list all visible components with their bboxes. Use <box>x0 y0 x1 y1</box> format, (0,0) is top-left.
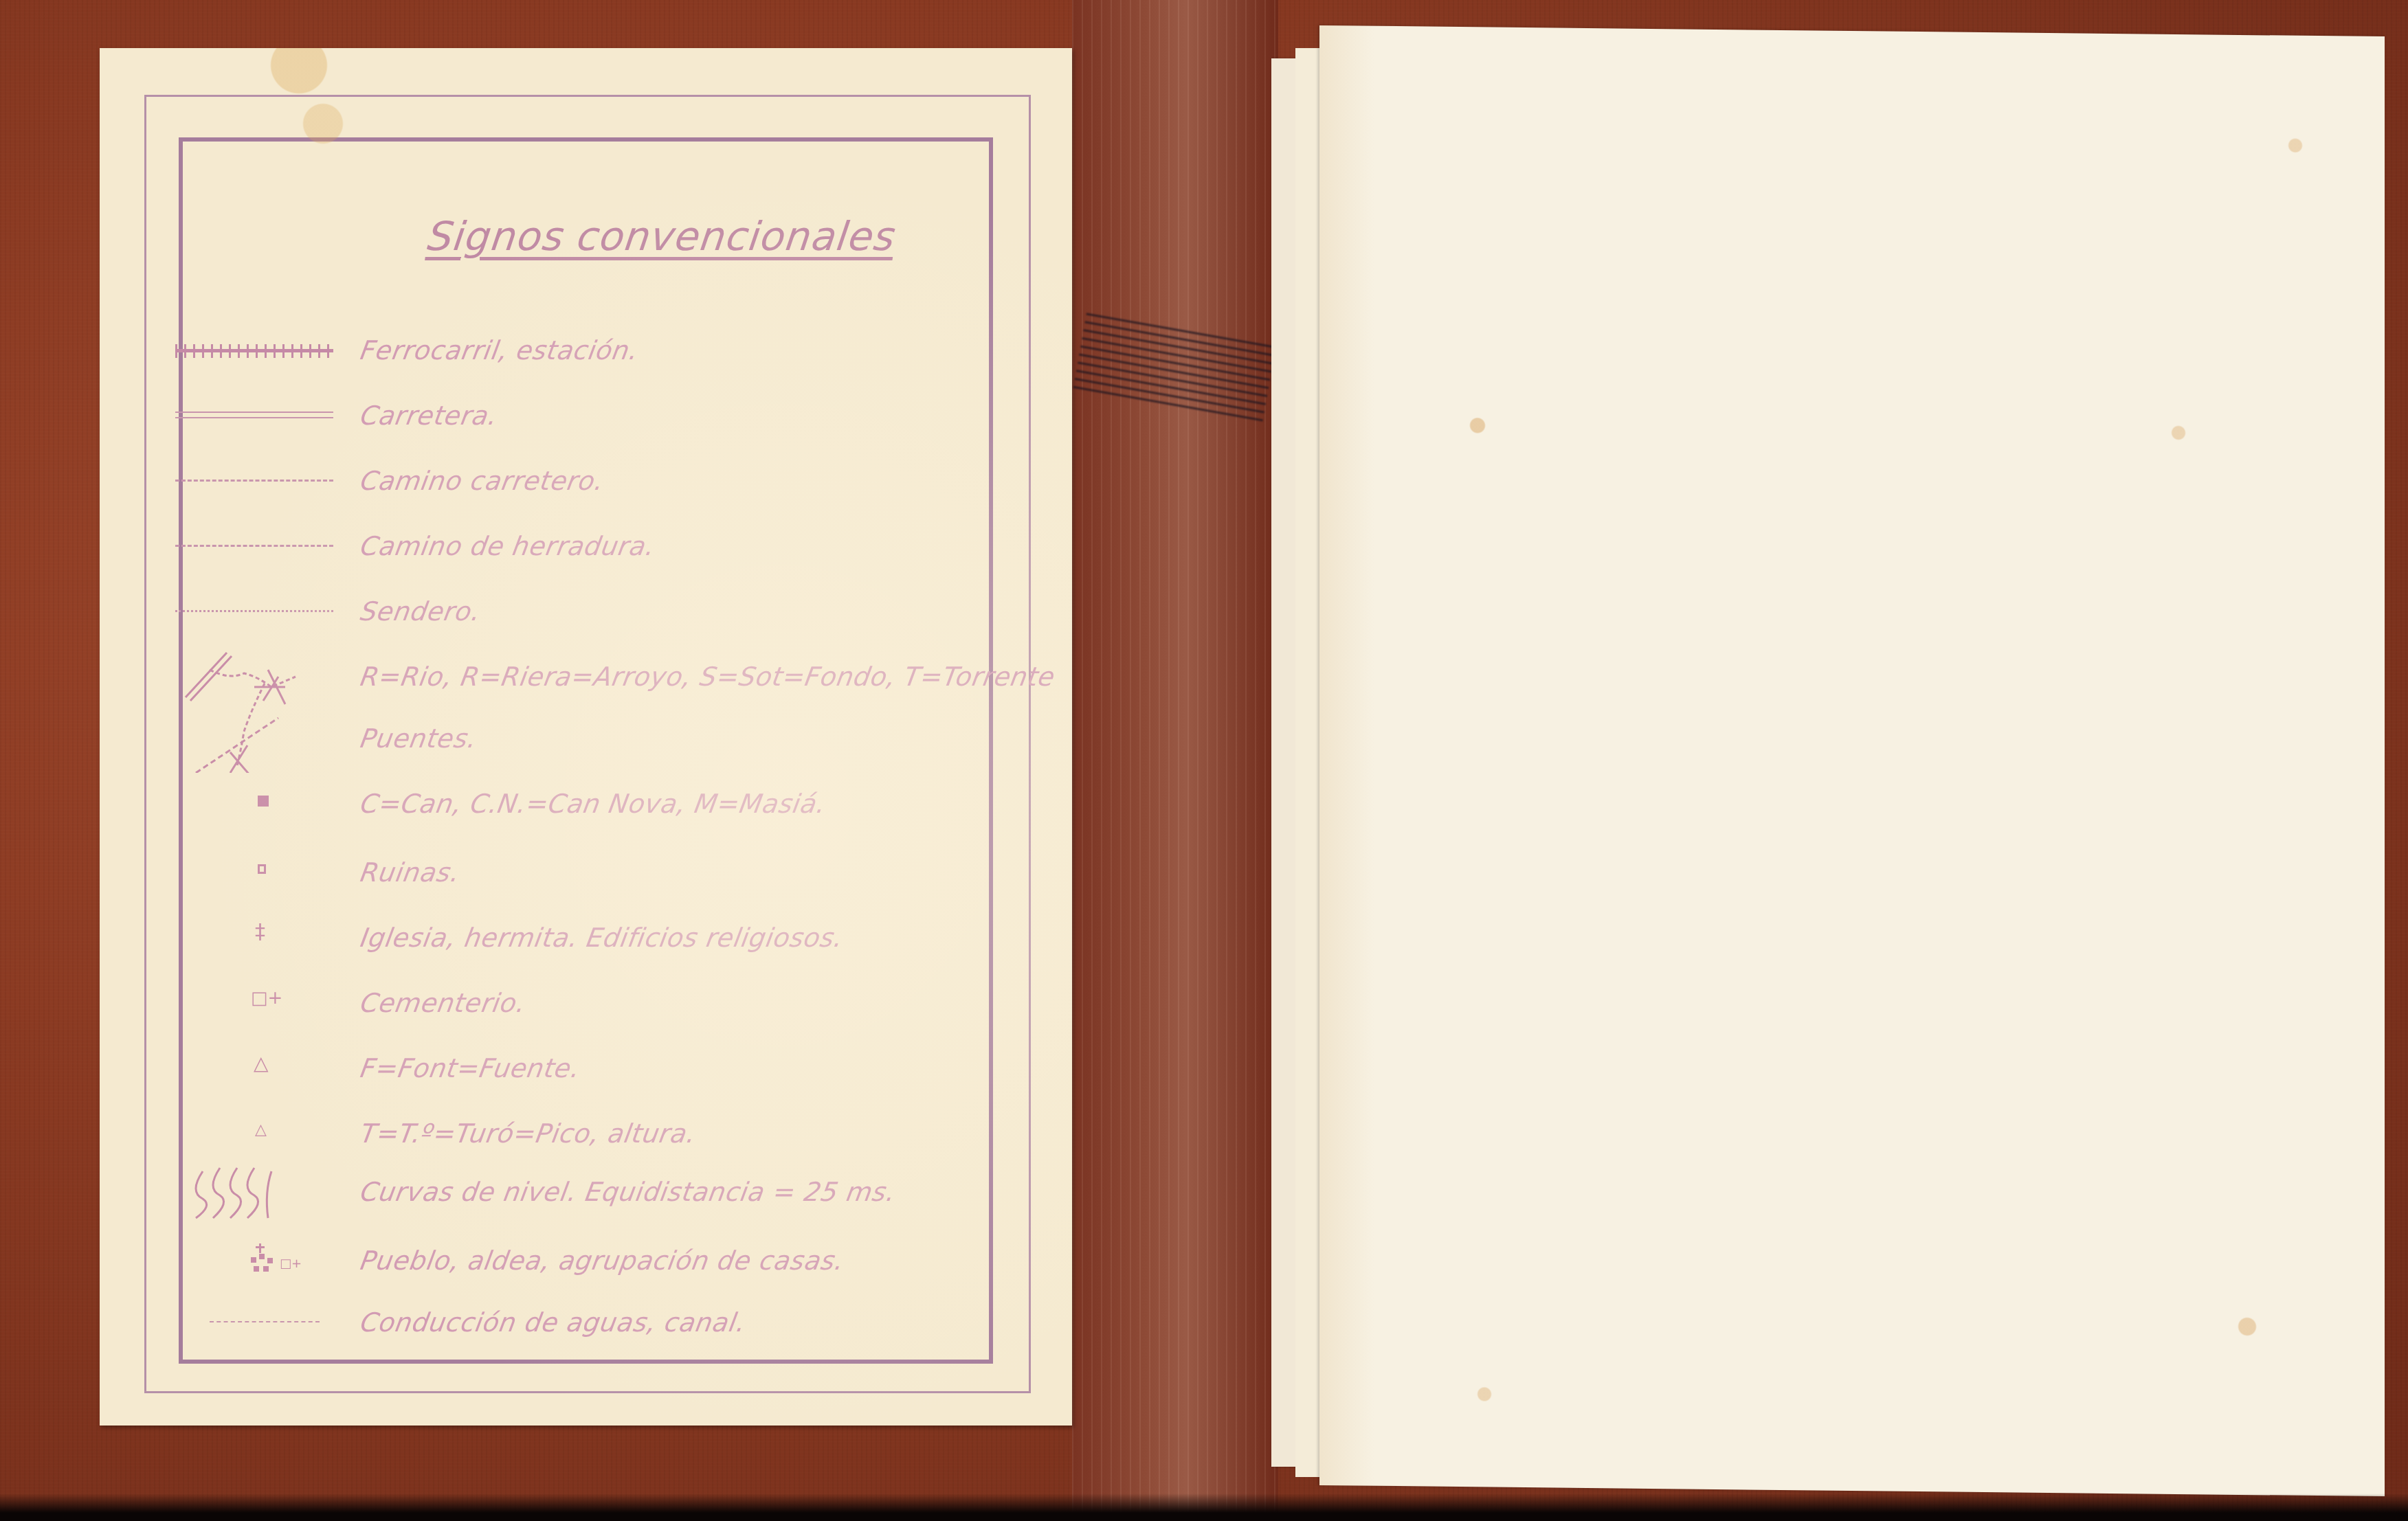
legend-row-peak: △ T=T.º=Turó=Pico, altura. <box>182 1106 1062 1161</box>
legend-label: Camino de herradura. <box>358 531 657 561</box>
contour-lines-icon <box>182 1164 361 1219</box>
dashed-line-icon <box>182 519 361 574</box>
legend-outer-frame <box>144 95 1031 1393</box>
legend-sheet: Signos convencionales Ferrocarril, estac… <box>100 48 1072 1426</box>
road-double-line-icon <box>182 388 361 443</box>
fountain-icon: △ <box>182 1041 361 1096</box>
ruin-square-icon <box>182 845 361 900</box>
legend-label: Ferrocarril, estación. <box>358 335 640 365</box>
legend-row-ruins: Ruinas. <box>182 845 1062 900</box>
folded-map-stack[interactable] <box>1271 31 2385 1494</box>
legend-label: Curvas de nivel. Equidistancia = 25 ms. <box>358 1177 898 1207</box>
legend-label: Puentes. <box>358 723 479 754</box>
legend-label: Conducción de aguas, canal. <box>358 1307 748 1338</box>
legend-title: Signos convencionales <box>425 213 899 260</box>
legend-label: Ruinas. <box>358 857 462 888</box>
legend-row-cemetery: □+ Cementerio. <box>182 976 1062 1030</box>
legend-row-bridle-path: Camino de herradura. <box>182 519 1062 574</box>
legend-row-fountain: △ F=Font=Fuente. <box>182 1041 1062 1096</box>
legend-row-canal: Conducción de aguas, canal. <box>182 1295 1062 1350</box>
village-cluster-icon: □+ <box>182 1233 361 1288</box>
svg-text:□+: □+ <box>280 1257 302 1271</box>
legend-row-rivers: R=Rio, R=Riera=Arroyo, S=Sot=Fondo, T=To… <box>182 649 1062 704</box>
dotted-line-icon <box>182 584 361 639</box>
legend-row-houses: C=Can, C.N.=Can Nova, M=Masiá. <box>182 776 1062 831</box>
bridge-icon <box>182 711 361 766</box>
legend-label: R=Rio, R=Riera=Arroyo, S=Sot=Fondo, T=To… <box>358 662 1058 692</box>
legend-row-trail: Sendero. <box>182 584 1062 639</box>
legend-label: Sendero. <box>358 596 483 627</box>
legend-row-village: □+ Pueblo, aldea, agrupación de casas. <box>182 1233 1062 1288</box>
legend-label: C=Can, C.N.=Can Nova, M=Masiá. <box>358 789 828 819</box>
church-cross-icon: ‡ <box>182 910 361 965</box>
legend-label: Pueblo, aldea, agrupación de casas. <box>358 1246 847 1276</box>
spine-texture <box>1072 0 1278 1521</box>
legend-row-bridges: Puentes. <box>182 711 1062 766</box>
legend-row-road: Carretera. <box>182 388 1062 443</box>
river-network-icon <box>182 649 361 704</box>
railway-line-icon <box>182 323 361 378</box>
cemetery-icon: □+ <box>182 976 361 1030</box>
legend-label: Cementerio. <box>358 988 528 1018</box>
legend-label: Carretera. <box>358 401 500 431</box>
canal-dashed-icon <box>182 1295 361 1350</box>
legend-label: Iglesia, hermita. Edificios religiosos. <box>358 923 846 953</box>
house-square-icon <box>182 776 361 831</box>
folded-map-cover-page[interactable] <box>1319 25 2385 1496</box>
folder-spine <box>1072 0 1278 1521</box>
dash-dot-line-icon <box>182 453 361 508</box>
legend-inner-frame <box>179 137 993 1364</box>
legend-row-cart-track: Camino carretero. <box>182 453 1062 508</box>
legend-label: Camino carretero. <box>358 466 606 496</box>
legend-label: T=T.º=Turó=Pico, altura. <box>358 1118 698 1149</box>
legend-label: F=Font=Fuente. <box>358 1053 583 1083</box>
legend-row-railway: Ferrocarril, estación. <box>182 323 1062 378</box>
legend-row-churches: ‡ Iglesia, hermita. Edificios religiosos… <box>182 910 1062 965</box>
scan-bottom-shadow <box>0 1494 2408 1521</box>
legend-row-contours: Curvas de nivel. Equidistancia = 25 ms. <box>182 1164 1062 1219</box>
peak-triangle-icon: △ <box>182 1106 361 1161</box>
